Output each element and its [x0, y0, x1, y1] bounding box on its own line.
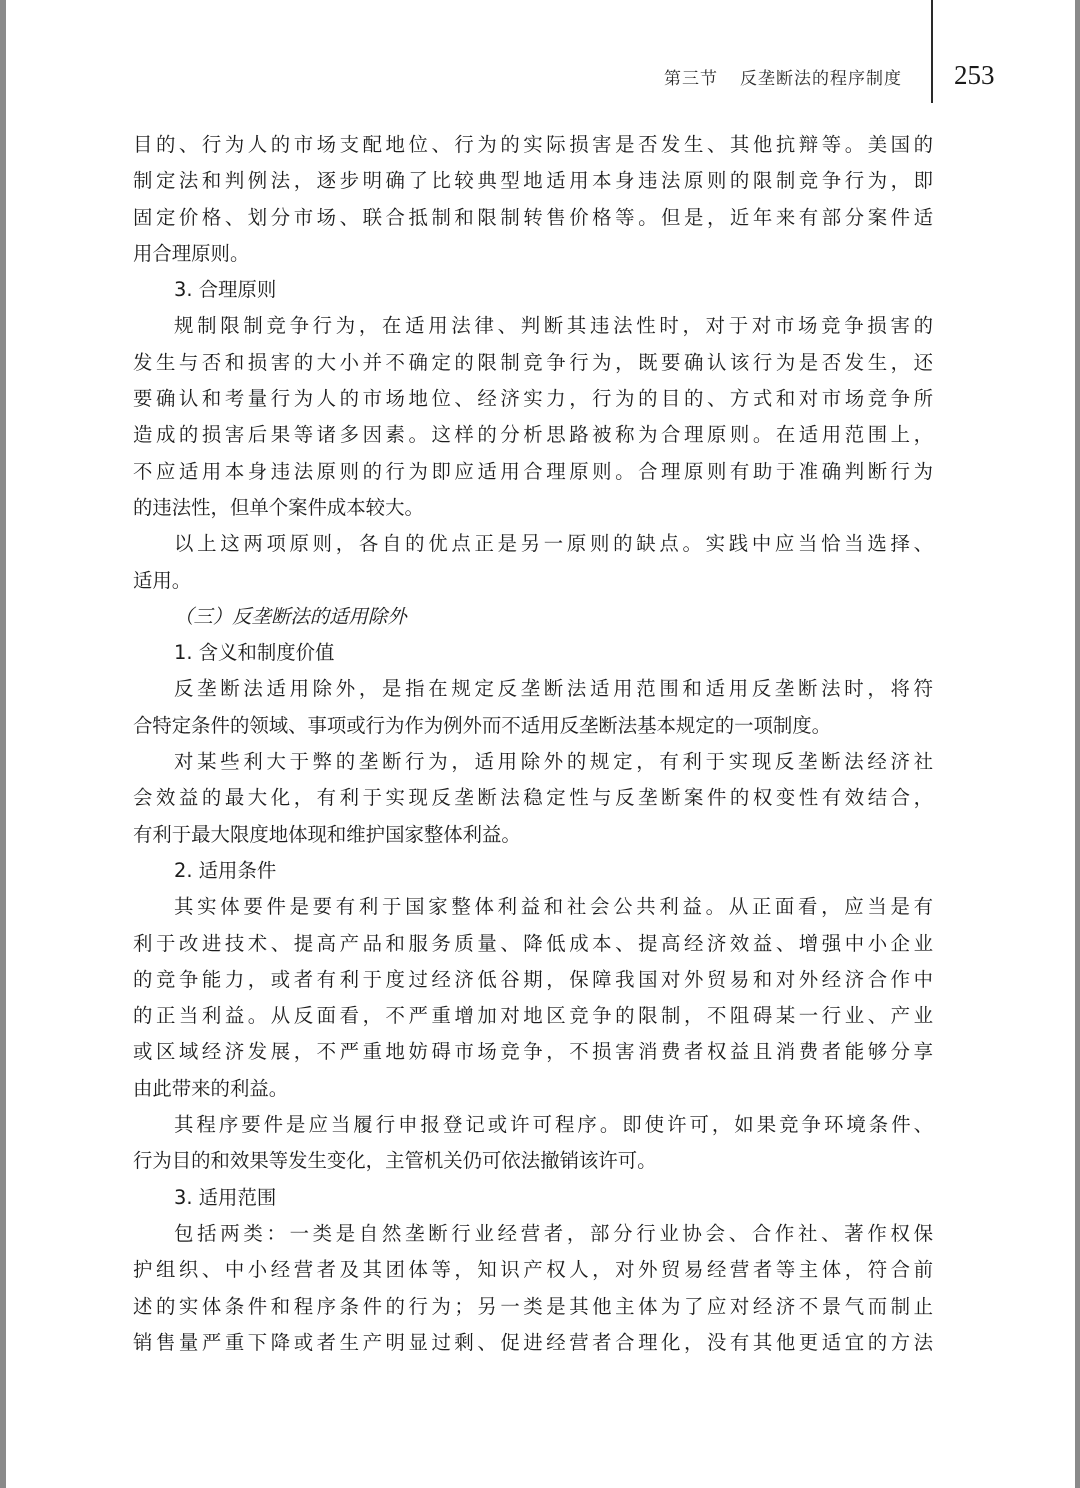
- text-line: 用合理原则。: [133, 236, 933, 272]
- paragraph: 其程序要件是应当履行申报登记或许可程序。即使许可，如果竞争环境条件、行为目的和效…: [133, 1107, 933, 1180]
- paragraph: 规制限制竞争行为，在适用法律、判断其违法性时，对于对市场竞争损害的发生与否和损害…: [133, 308, 933, 526]
- text-line: 其程序要件是应当履行申报登记或许可程序。即使许可，如果竞争环境条件、: [133, 1107, 933, 1143]
- text-line: 对某些利大于弊的垄断行为，适用除外的规定，有利于实现反垄断法经济社: [133, 744, 933, 780]
- paragraph: 其实体要件是要有利于国家整体利益和社会公共利益。从正面看，应当是有利于改进技术、…: [133, 889, 933, 1107]
- section-heading: （三）反垄断法的适用除外: [133, 599, 933, 635]
- text-line: 会效益的最大化，有利于实现反垄断法稳定性与反垄断案件的权变性有效结合，: [133, 780, 933, 816]
- header-divider: [931, 0, 933, 103]
- text-line: 销售量严重下降或者生产明显过剩、促进经营者合理化，没有其他更适宜的方法: [133, 1325, 933, 1361]
- text-line: 规制限制竞争行为，在适用法律、判断其违法性时，对于对市场竞争损害的: [133, 308, 933, 344]
- book-page: 第三节反垄断法的程序制度 253 目的、行为人的市场支配地位、行为的实际损害是否…: [0, 0, 1080, 1488]
- text-line: 合特定条件的领域、事项或行为作为例外而不适用反垄断法基本规定的一项制度。: [133, 708, 933, 744]
- text-line: 包括两类：一类是自然垄断行业经营者，部分行业协会、合作社、著作权保: [133, 1216, 933, 1252]
- text-line: 有利于最大限度地体现和维护国家整体利益。: [133, 817, 933, 853]
- section-heading: 2. 适用条件: [133, 853, 933, 889]
- text-line: 护组织、中小经营者及其团体等，知识产权人，对外贸易经营者等主体，符合前: [133, 1252, 933, 1288]
- paragraph: 以上这两项原则，各自的优点正是另一原则的缺点。实践中应当恰当选择、适用。: [133, 526, 933, 599]
- section-heading: 3. 合理原则: [133, 272, 933, 308]
- text-line: 或区域经济发展，不严重地妨碍市场竞争，不损害消费者权益且消费者能够分享: [133, 1034, 933, 1070]
- text-line: 行为目的和效果等发生变化，主管机关仍可依法撤销该许可。: [133, 1143, 933, 1179]
- chapter-title: 反垄断法的程序制度: [740, 69, 902, 89]
- text-line: 述的实体条件和程序条件的行为；另一类是其他主体为了应对经济不景气而制止: [133, 1289, 933, 1325]
- text-line: 利于改进技术、提高产品和服务质量、降低成本、提高经济效益、增强中小企业: [133, 926, 933, 962]
- text-line: 由此带来的利益。: [133, 1071, 933, 1107]
- text-line: 要确认和考量行为人的市场地位、经济实力，行为的目的、方式和对市场竞争所: [133, 381, 933, 417]
- text-line: 的正当利益。从反面看，不严重增加对地区竞争的限制，不阻碍某一行业、产业: [133, 998, 933, 1034]
- text-line: 其实体要件是要有利于国家整体利益和社会公共利益。从正面看，应当是有: [133, 889, 933, 925]
- running-head: 第三节反垄断法的程序制度: [664, 64, 902, 89]
- text-line: 目的、行为人的市场支配地位、行为的实际损害是否发生、其他抗辩等。美国的: [133, 127, 933, 163]
- text-line: 以上这两项原则，各自的优点正是另一原则的缺点。实践中应当恰当选择、: [133, 526, 933, 562]
- text-line: 造成的损害后果等诸多因素。这样的分析思路被称为合理原则。在适用范围上，: [133, 417, 933, 453]
- text-line: 固定价格、划分市场、联合抵制和限制转售价格等。但是，近年来有部分案件适: [133, 200, 933, 236]
- text-line: 的竞争能力，或者有利于度过经济低谷期，保障我国对外贸易和对外经济合作中: [133, 962, 933, 998]
- paragraph: 包括两类：一类是自然垄断行业经营者，部分行业协会、合作社、著作权保护组织、中小经…: [133, 1216, 933, 1361]
- page-number: 253: [954, 60, 995, 91]
- text-line: 适用。: [133, 563, 933, 599]
- text-line: 反垄断法适用除外，是指在规定反垄断法适用范围和适用反垄断法时，将符: [133, 671, 933, 707]
- section-heading: 3. 适用范围: [133, 1180, 933, 1216]
- paragraph: 对某些利大于弊的垄断行为，适用除外的规定，有利于实现反垄断法经济社会效益的最大化…: [133, 744, 933, 853]
- body-text: 目的、行为人的市场支配地位、行为的实际损害是否发生、其他抗辩等。美国的制定法和判…: [133, 127, 933, 1361]
- text-line: 发生与否和损害的大小并不确定的限制竞争行为，既要确认该行为是否发生，还: [133, 345, 933, 381]
- paragraph: 目的、行为人的市场支配地位、行为的实际损害是否发生、其他抗辩等。美国的制定法和判…: [133, 127, 933, 272]
- text-line: 制定法和判例法，逐步明确了比较典型地适用本身违法原则的限制竞争行为，即: [133, 163, 933, 199]
- section-label: 第三节: [664, 69, 718, 89]
- text-line: 不应适用本身违法原则的行为即应适用合理原则。合理原则有助于准确判断行为: [133, 454, 933, 490]
- section-heading: 1. 含义和制度价值: [133, 635, 933, 671]
- text-line: 的违法性，但单个案件成本较大。: [133, 490, 933, 526]
- paragraph: 反垄断法适用除外，是指在规定反垄断法适用范围和适用反垄断法时，将符合特定条件的领…: [133, 671, 933, 744]
